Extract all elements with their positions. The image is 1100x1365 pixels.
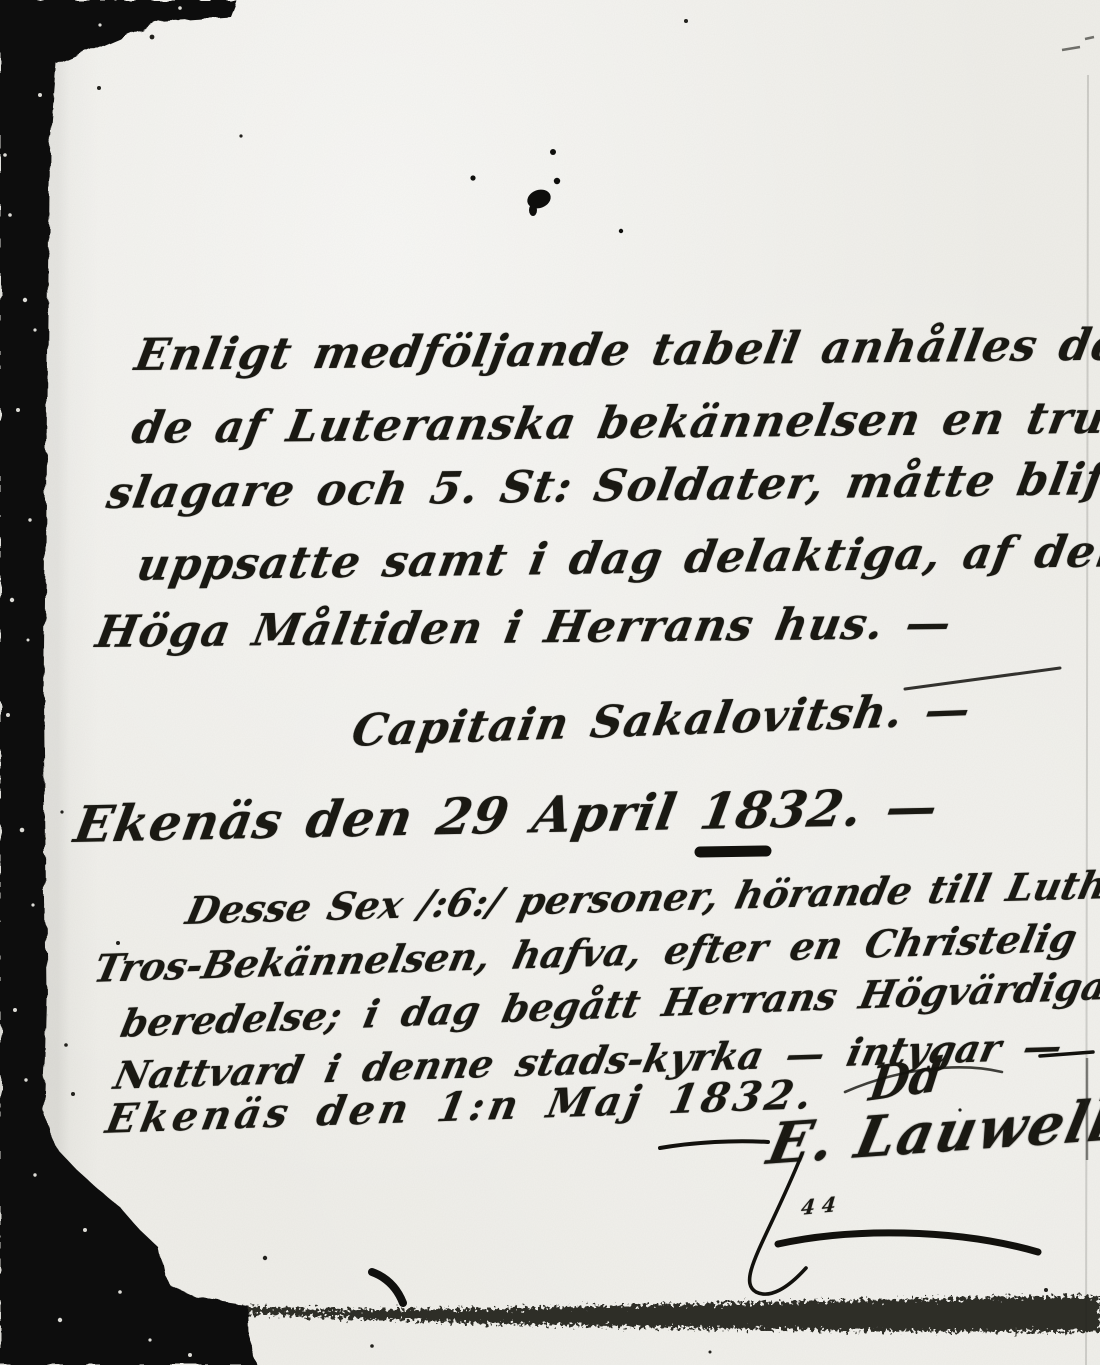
handwritten-line-3: slagare och 5. St: Soldater, måtte blifv… xyxy=(103,453,1100,519)
bottom-scan-band xyxy=(228,1296,1100,1332)
attribution-line: Capitain Sakalovitsh. — xyxy=(348,684,975,757)
scanned-document-page: Enligt medföljande tabell anhålles det d… xyxy=(0,0,1100,1365)
scanner-dust-specks xyxy=(3,6,192,1357)
signature-paraph: 4 4 xyxy=(800,1192,837,1220)
scanner-border-shape xyxy=(0,0,257,1365)
handwritten-line-2: de af Luteranska bekännelsen en trum xyxy=(128,392,1100,454)
handwritten-line-1: Enligt medföljande tabell anhålles det xyxy=(131,319,1100,381)
dateline-april: Ekenäs den 29 April 1832. — xyxy=(70,777,943,854)
handwritten-line-5: Höga Måltiden i Herrans hus. — xyxy=(92,598,956,658)
ink-blot xyxy=(470,149,623,233)
handwritten-line-4: uppsatte samt i dag delaktiga, af den xyxy=(133,526,1100,591)
paper-right-edge xyxy=(1062,37,1094,1365)
stray-ink-curl xyxy=(372,1272,403,1303)
